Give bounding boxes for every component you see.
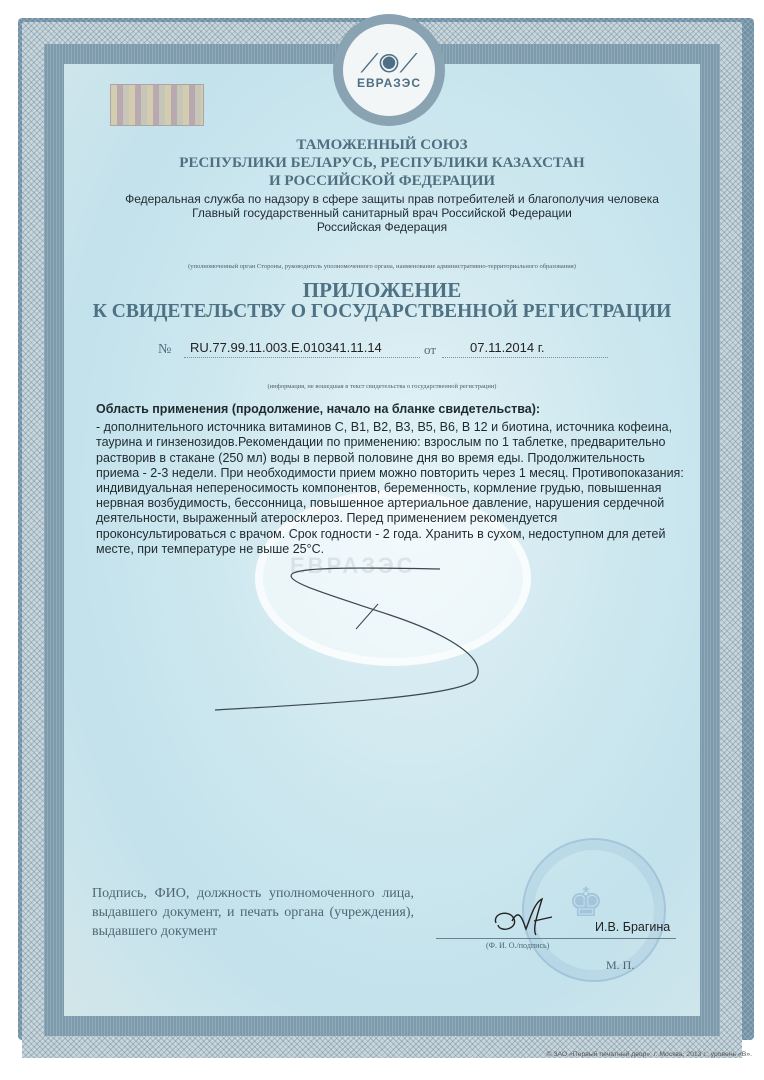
- signature-note: Подпись, ФИО, должность уполномоченного …: [92, 884, 414, 941]
- signer-name: И.В. Брагина: [595, 920, 670, 934]
- printer-imprint: © ЗАО «Первый печатный двор», г. Москва,…: [546, 1051, 752, 1058]
- signature-line: [436, 938, 676, 939]
- signature-caption: (Ф. И. О./подпись): [486, 941, 549, 950]
- seal-label: М. П.: [606, 958, 634, 973]
- handwritten-signature: [490, 895, 560, 940]
